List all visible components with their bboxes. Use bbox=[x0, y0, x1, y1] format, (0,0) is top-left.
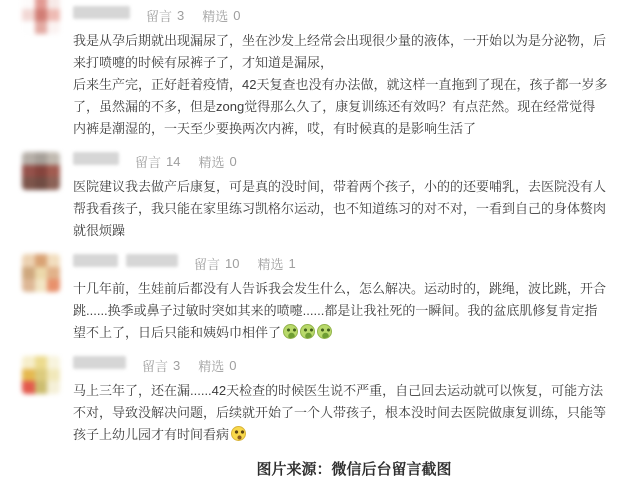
username-blur-block bbox=[126, 254, 178, 267]
comment-item: 留言 10 精选 1 十几年前，生娃前后都没有人告诉我会发生什么，怎么解决。运动… bbox=[22, 254, 630, 344]
kissing-emoji bbox=[231, 426, 246, 441]
username-blur-block bbox=[73, 254, 118, 267]
replies-label: 留言 bbox=[135, 152, 161, 171]
username-blur bbox=[73, 152, 127, 170]
comment-body: 留言 3 精选 0 马上三年了，还在漏......42天检查的时候医生说不严重，… bbox=[73, 356, 608, 446]
featured-label: 精选 bbox=[198, 152, 224, 171]
avatar bbox=[22, 152, 60, 190]
comment-meta: 留言 3 精选 0 bbox=[142, 356, 237, 375]
vomit-emoji bbox=[300, 324, 315, 339]
username-blur-block bbox=[73, 152, 119, 165]
replies-count: 10 bbox=[225, 256, 239, 271]
replies-label: 留言 bbox=[194, 254, 220, 273]
comment-paragraph: 后来生产完，正好赶着疫情，42天复查也没有办法做，就这样一直拖到了现在，孩子都一… bbox=[73, 74, 608, 140]
comment-header: 留言 3 精选 0 bbox=[73, 356, 608, 374]
comment-item: 留言 14 精选 0 医院建议我去做产后康复，可是真的没时间，带着两个孩子，小的… bbox=[22, 152, 630, 242]
replies-count: 3 bbox=[177, 8, 184, 23]
replies-label: 留言 bbox=[142, 356, 168, 375]
comment-text: 十几年前，生娃前后都没有人告诉我会发生什么，怎么解决。运动时的，跳绳，波比跳，开… bbox=[73, 278, 608, 344]
comment-meta: 留言 3 精选 0 bbox=[146, 6, 241, 25]
comment-body: 留言 3 精选 0 我是从孕后期就出现漏尿了，坐在沙发上经常会出现很少量的液体，… bbox=[73, 6, 608, 140]
comment-meta: 留言 14 精选 0 bbox=[135, 152, 237, 171]
featured-label: 精选 bbox=[202, 6, 228, 25]
featured-label: 精选 bbox=[198, 356, 224, 375]
replies-count: 14 bbox=[166, 154, 180, 169]
username-blur bbox=[73, 6, 138, 24]
featured-count: 0 bbox=[233, 8, 240, 23]
comment-text: 我是从孕后期就出现漏尿了，坐在沙发上经常会出现很少量的液体，一开始以为是分泌物，… bbox=[73, 30, 608, 140]
comment-header: 留言 3 精选 0 bbox=[73, 6, 608, 24]
vomit-emoji bbox=[283, 324, 298, 339]
comment-meta: 留言 10 精选 1 bbox=[194, 254, 296, 273]
featured-count: 0 bbox=[229, 358, 236, 373]
username-blur-block bbox=[73, 6, 130, 19]
avatar bbox=[22, 254, 60, 292]
comment-text: 马上三年了，还在漏......42天检查的时候医生说不严重，自己回去运动就可以恢… bbox=[73, 380, 608, 446]
vomit-emoji bbox=[317, 324, 332, 339]
replies-count: 3 bbox=[173, 358, 180, 373]
comment-header: 留言 14 精选 0 bbox=[73, 152, 608, 170]
username-blur-block bbox=[73, 356, 126, 369]
comment-paragraph: 医院建议我去做产后康复，可是真的没时间，带着两个孩子，小的的还要哺乳，去医院没有… bbox=[73, 176, 608, 242]
comment-item: 留言 3 精选 0 马上三年了，还在漏......42天检查的时候医生说不严重，… bbox=[22, 356, 630, 446]
image-source-caption: 图片来源：微信后台留言截图 bbox=[22, 458, 630, 479]
comment-header: 留言 10 精选 1 bbox=[73, 254, 608, 272]
avatar bbox=[22, 0, 60, 34]
replies-label: 留言 bbox=[146, 6, 172, 25]
avatar bbox=[22, 356, 60, 394]
comment-screenshot-page: 留言 3 精选 0 我是从孕后期就出现漏尿了，坐在沙发上经常会出现很少量的液体，… bbox=[0, 0, 630, 479]
username-blur bbox=[73, 356, 134, 374]
comment-paragraph: 马上三年了，还在漏......42天检查的时候医生说不严重，自己回去运动就可以恢… bbox=[73, 380, 608, 446]
comment-body: 留言 14 精选 0 医院建议我去做产后康复，可是真的没时间，带着两个孩子，小的… bbox=[73, 152, 608, 242]
featured-count: 0 bbox=[230, 154, 237, 169]
comment-paragraph: 十几年前，生娃前后都没有人告诉我会发生什么，怎么解决。运动时的，跳绳，波比跳，开… bbox=[73, 278, 608, 344]
comment-text: 医院建议我去做产后康复，可是真的没时间，带着两个孩子，小的的还要哺乳，去医院没有… bbox=[73, 176, 608, 242]
comment-item: 留言 3 精选 0 我是从孕后期就出现漏尿了，坐在沙发上经常会出现很少量的液体，… bbox=[22, 6, 630, 140]
username-blur bbox=[73, 254, 186, 272]
featured-label: 精选 bbox=[257, 254, 283, 273]
featured-count: 1 bbox=[289, 256, 296, 271]
comment-body: 留言 10 精选 1 十几年前，生娃前后都没有人告诉我会发生什么，怎么解决。运动… bbox=[73, 254, 608, 344]
comment-paragraph: 我是从孕后期就出现漏尿了，坐在沙发上经常会出现很少量的液体，一开始以为是分泌物，… bbox=[73, 30, 608, 74]
